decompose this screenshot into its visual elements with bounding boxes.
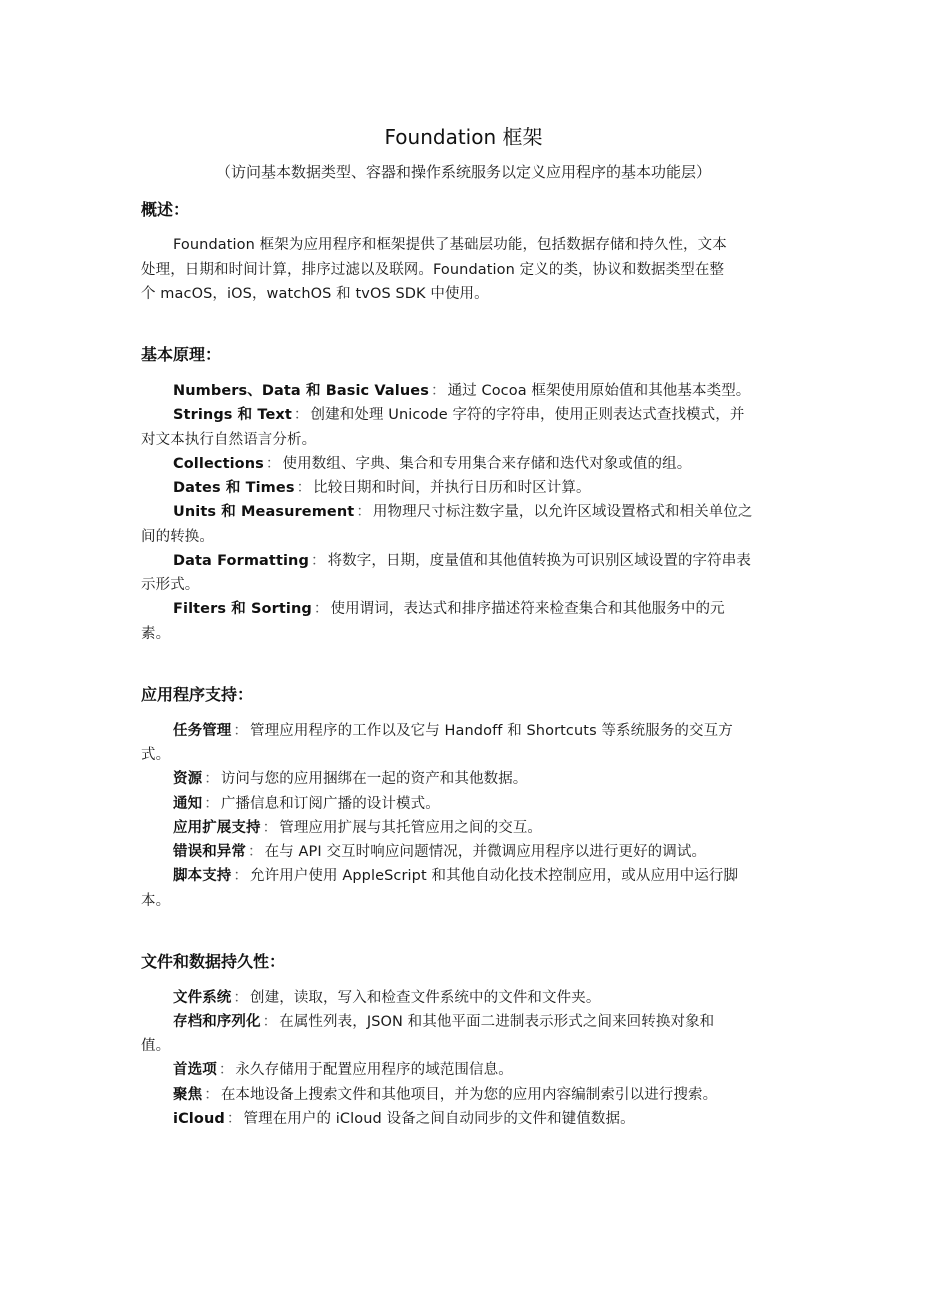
item-separator: ： [217, 1062, 236, 1078]
item-separator: ： [202, 771, 221, 787]
list-item: Units 和 Measurement：用物理尺寸标注数字量，以允许区域设置格式… [141, 500, 753, 524]
item-term: 脚本支持 [173, 868, 231, 884]
item-desc: 创建，读取，写入和检查文件系统中的文件和文件夹。 [250, 990, 600, 1006]
item-term: Strings 和 Text [173, 407, 292, 423]
item-desc: 永久存储用于配置应用程序的域范围信息。 [235, 1062, 512, 1078]
item-separator: ： [292, 407, 311, 423]
list-item-continuation: 对文本执行自然语言分析。 [141, 428, 316, 452]
item-separator: ： [309, 553, 328, 569]
item-desc: 用物理尺寸标注数字量，以允许区域设置格式和相关单位之 [373, 504, 753, 520]
item-term: 错误和异常 [173, 844, 246, 860]
section-heading-file-persistence: 文件和数据持久性： [141, 951, 285, 973]
list-item-continuation: 值。 [141, 1034, 170, 1058]
item-desc: 使用数组、字典、集合和专用集合来存储和迭代对象或值的组。 [283, 456, 692, 472]
item-desc: 在与 API 交互时响应问题情况，并微调应用程序以进行更好的调试。 [265, 844, 706, 860]
item-term: Dates 和 Times [173, 480, 295, 496]
list-item: 通知：广播信息和订阅广播的设计模式。 [141, 792, 440, 816]
list-item: 应用扩展支持：管理应用扩展与其托管应用之间的交互。 [141, 816, 542, 840]
item-separator: ： [225, 1111, 244, 1127]
item-separator: ： [231, 990, 250, 1006]
section-heading-fundamentals: 基本原理： [141, 344, 221, 366]
item-desc: 广播信息和订阅广播的设计模式。 [221, 796, 440, 812]
list-item-continuation: 示形式。 [141, 573, 199, 597]
list-item: 资源：访问与您的应用捆绑在一起的资产和其他数据。 [141, 767, 527, 791]
item-desc: 管理应用扩展与其托管应用之间的交互。 [279, 820, 542, 836]
item-term: iCloud [173, 1111, 225, 1127]
item-term: 首选项 [173, 1062, 217, 1078]
item-desc: 在属性列表，JSON 和其他平面二进制表示形式之间来回转换对象和 [279, 1014, 714, 1030]
list-item-continuation: 素。 [141, 622, 170, 646]
item-term: Data Formatting [173, 553, 309, 569]
list-item: 脚本支持：允许用户使用 AppleScript 和其他自动化技术控制应用，或从应… [141, 864, 738, 888]
overview-line: 个 macOS，iOS，watchOS 和 tvOS SDK 中使用。 [141, 282, 489, 306]
item-term: 应用扩展支持 [173, 820, 261, 836]
overview-line: 处理，日期和时间计算，排序过滤以及联网。Foundation 定义的类，协议和数… [141, 258, 724, 282]
item-desc: 访问与您的应用捆绑在一起的资产和其他数据。 [221, 771, 528, 787]
list-item: iCloud：管理在用户的 iCloud 设备之间自动同步的文件和键值数据。 [141, 1107, 635, 1131]
item-separator: ： [261, 820, 280, 836]
item-separator: ： [429, 383, 448, 399]
item-term: 聚焦 [173, 1087, 202, 1103]
list-item-continuation: 本。 [141, 889, 170, 913]
item-term: 存档和序列化 [173, 1014, 261, 1030]
list-item: 首选项：永久存储用于配置应用程序的域范围信息。 [141, 1058, 513, 1082]
item-separator: ： [264, 456, 283, 472]
list-item: Data Formatting：将数字，日期，度量值和其他值转换为可识别区域设置… [141, 549, 751, 573]
item-term: 通知 [173, 796, 202, 812]
item-separator: ： [246, 844, 265, 860]
list-item: 任务管理：管理应用程序的工作以及它与 Handoff 和 Shortcuts 等… [141, 719, 733, 743]
item-separator: ： [354, 504, 373, 520]
page-title: Foundation 框架 [141, 124, 786, 150]
item-desc: 管理应用程序的工作以及它与 Handoff 和 Shortcuts 等系统服务的… [250, 723, 733, 739]
item-term: Units 和 Measurement [173, 504, 354, 520]
item-desc: 比较日期和时间，并执行日历和时区计算。 [313, 480, 590, 496]
list-item: Strings 和 Text：创建和处理 Unicode 字符的字符串，使用正则… [141, 403, 744, 427]
item-separator: ： [295, 480, 314, 496]
list-item: 错误和异常：在与 API 交互时响应问题情况，并微调应用程序以进行更好的调试。 [141, 840, 706, 864]
item-separator: ： [202, 796, 221, 812]
overview-line: Foundation 框架为应用程序和框架提供了基础层功能，包括数据存储和持久性… [141, 233, 727, 257]
item-desc: 创建和处理 Unicode 字符的字符串，使用正则表达式查找模式，并 [311, 407, 745, 423]
section-heading-overview: 概述： [141, 199, 189, 221]
list-item: 聚焦：在本地设备上搜索文件和其他项目，并为您的应用内容编制索引以进行搜索。 [141, 1083, 717, 1107]
item-desc: 将数字，日期，度量值和其他值转换为可识别区域设置的字符串表 [328, 553, 751, 569]
list-item: Numbers、Data 和 Basic Values：通过 Cocoa 框架使… [141, 379, 750, 403]
list-item-continuation: 式。 [141, 743, 170, 767]
item-desc: 允许用户使用 AppleScript 和其他自动化技术控制应用，或从应用中运行脚 [250, 868, 738, 884]
item-desc: 使用谓词，表达式和排序描述符来检查集合和其他服务中的元 [330, 601, 724, 617]
item-separator: ： [231, 723, 250, 739]
list-item: Collections：使用数组、字典、集合和专用集合来存储和迭代对象或值的组。 [141, 452, 691, 476]
list-item: Filters 和 Sorting：使用谓词，表达式和排序描述符来检查集合和其他… [141, 597, 725, 621]
item-term: Filters 和 Sorting [173, 601, 312, 617]
item-separator: ： [312, 601, 331, 617]
item-separator: ： [261, 1014, 280, 1030]
item-desc: 在本地设备上搜索文件和其他项目，并为您的应用内容编制索引以进行搜索。 [221, 1087, 717, 1103]
item-term: 文件系统 [173, 990, 231, 1006]
item-term: Numbers、Data 和 Basic Values [173, 383, 429, 399]
section-heading-app-support: 应用程序支持： [141, 684, 253, 706]
list-item: 存档和序列化：在属性列表，JSON 和其他平面二进制表示形式之间来回转换对象和 [141, 1010, 714, 1034]
list-item-continuation: 间的转换。 [141, 525, 214, 549]
list-item: Dates 和 Times：比较日期和时间，并执行日历和时区计算。 [141, 476, 591, 500]
page-subtitle: （访问基本数据类型、容器和操作系统服务以定义应用程序的基本功能层） [141, 161, 786, 183]
item-separator: ： [202, 1087, 221, 1103]
list-item: 文件系统：创建，读取，写入和检查文件系统中的文件和文件夹。 [141, 986, 600, 1010]
item-desc: 通过 Cocoa 框架使用原始值和其他基本类型。 [448, 383, 751, 399]
item-term: 任务管理 [173, 723, 231, 739]
item-desc: 管理在用户的 iCloud 设备之间自动同步的文件和键值数据。 [243, 1111, 634, 1127]
item-separator: ： [231, 868, 250, 884]
item-term: Collections [173, 456, 264, 472]
item-term: 资源 [173, 771, 202, 787]
